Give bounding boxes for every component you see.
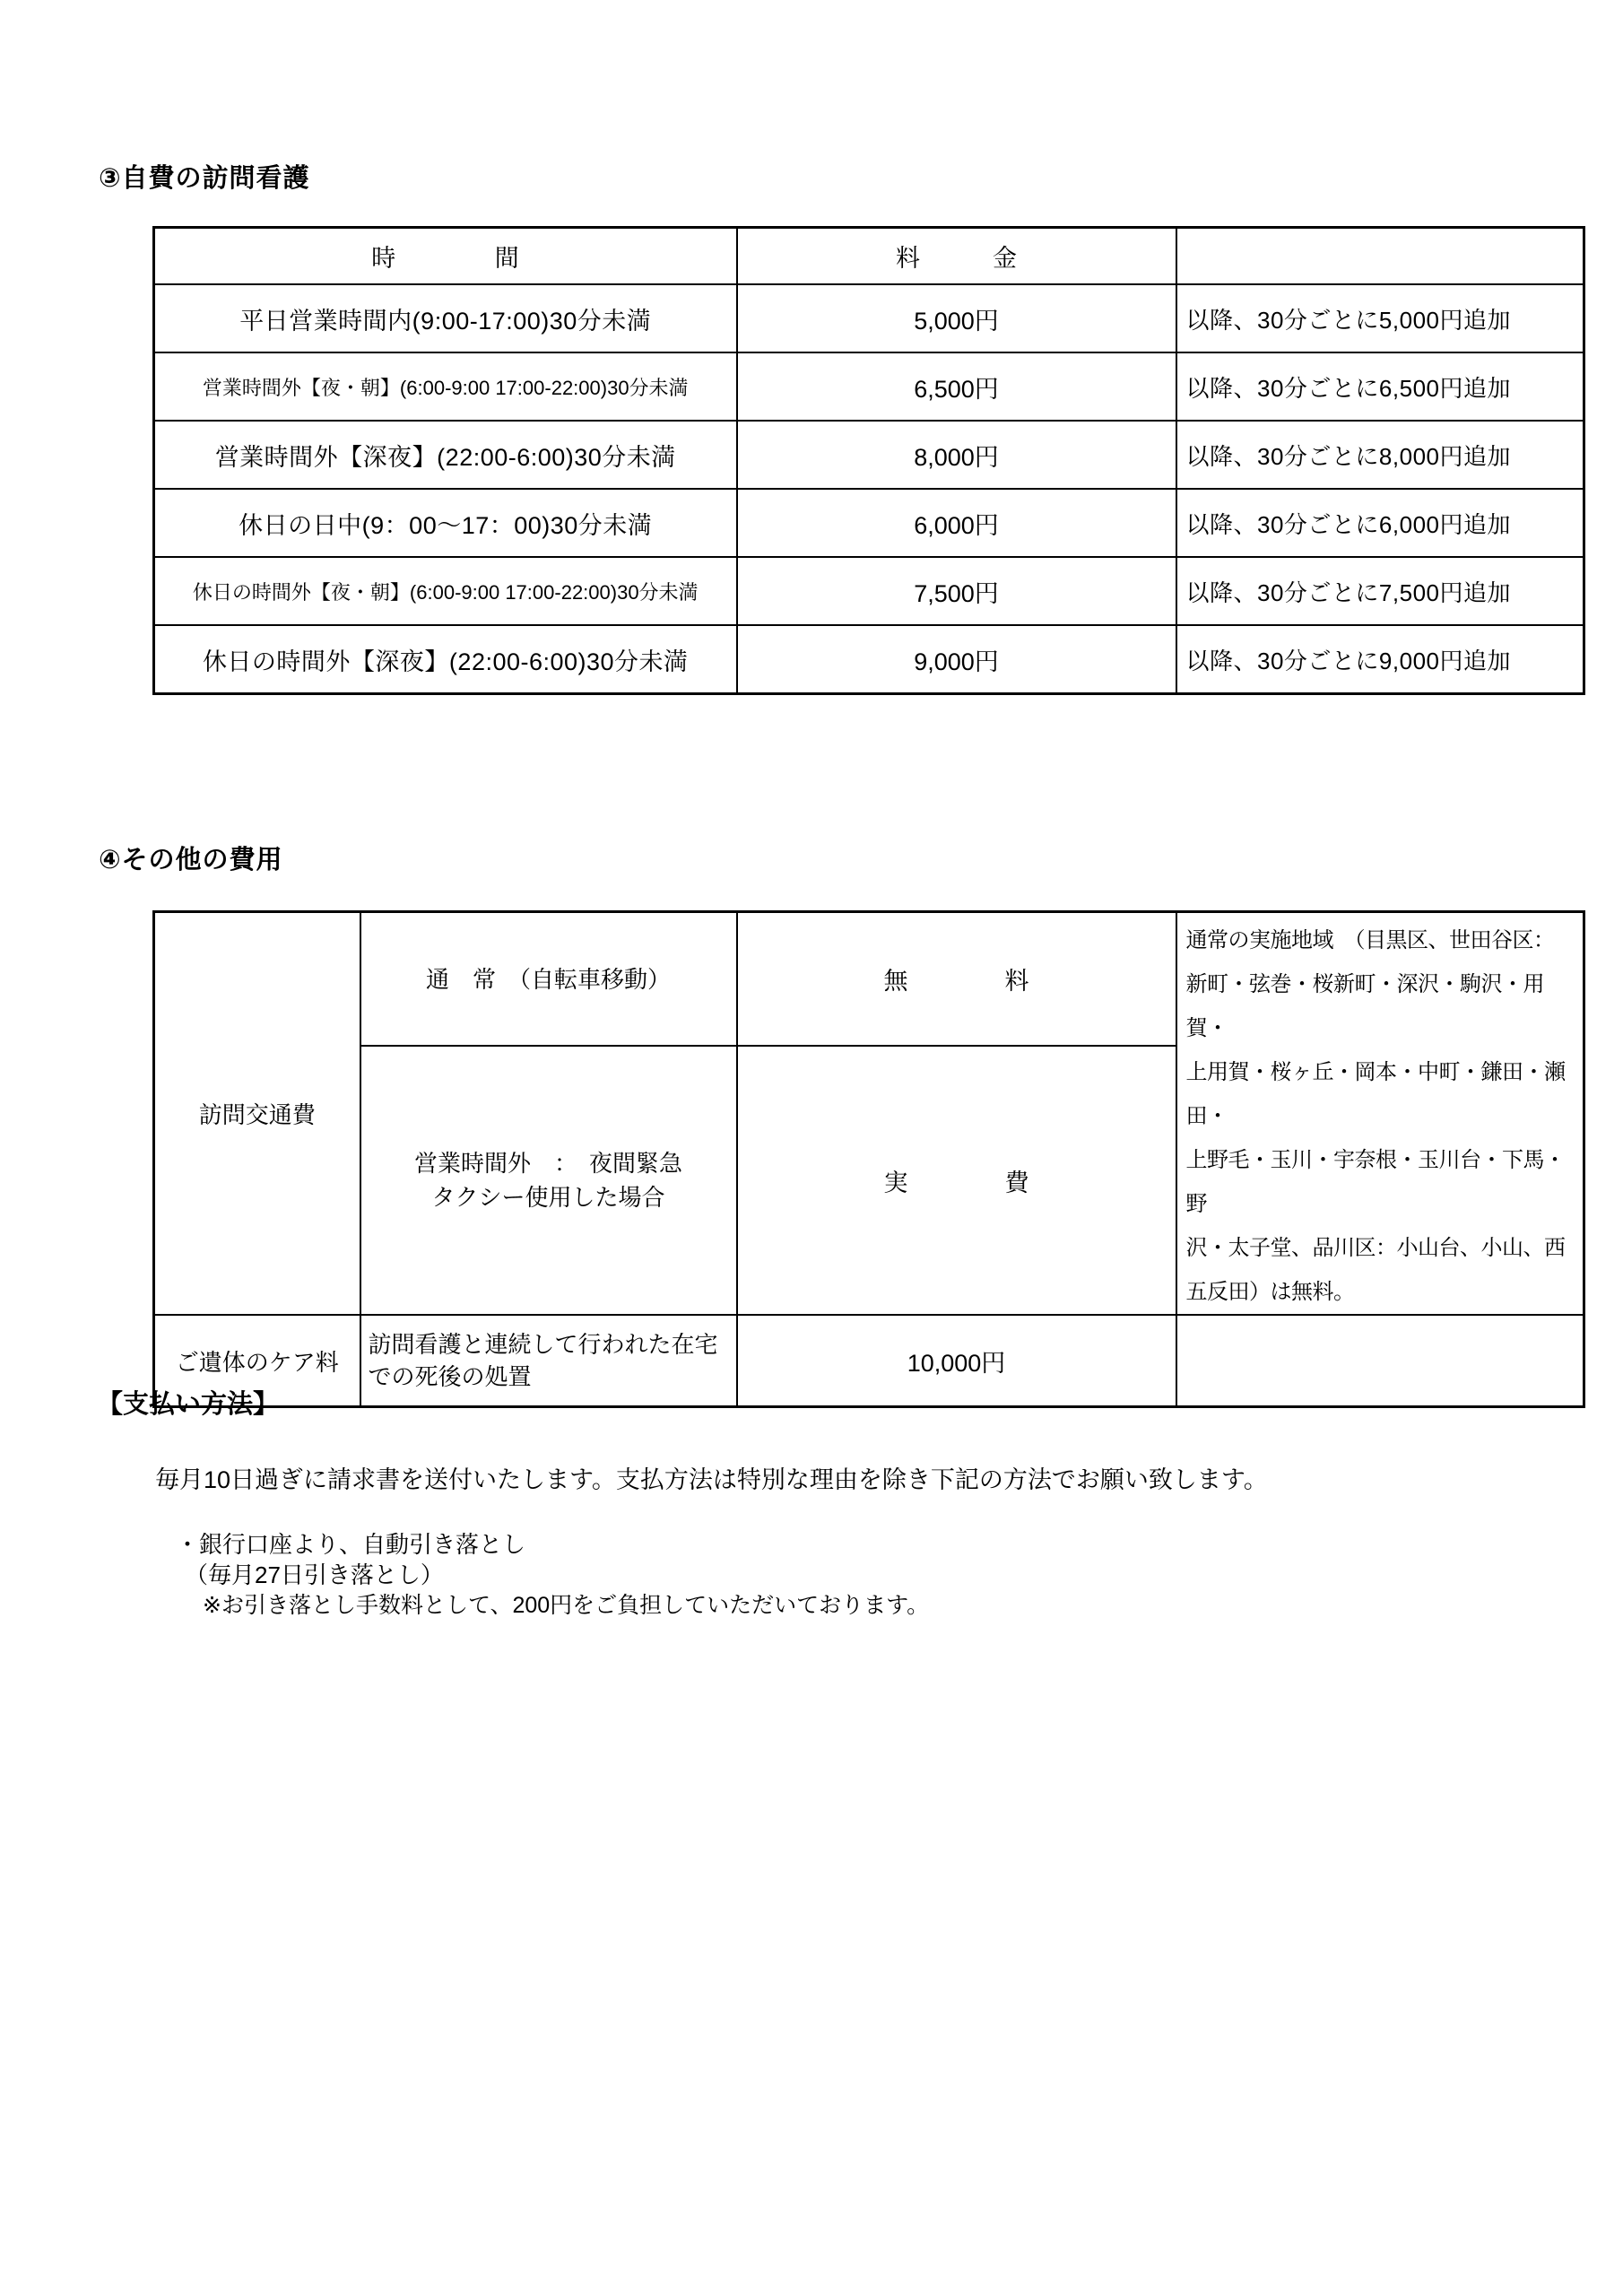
table-row: ご遺体のケア料 訪問看護と連続して行われた在宅での死後の処置 10,000円	[154, 1315, 1584, 1407]
payment-section-heading: 【支払い方法】	[97, 1384, 279, 1421]
table-row: 訪問交通費 通 常 （自転車移動） 無 料 通常の実施地域 （目黒区、世田谷区：…	[154, 912, 1584, 1047]
other-fees-table: 訪問交通費 通 常 （自転車移動） 無 料 通常の実施地域 （目黒区、世田谷区：…	[152, 910, 1585, 1408]
self-pay-section-heading: ③自費の訪問看護	[99, 158, 310, 195]
fee-cell: 6,500円	[737, 352, 1176, 421]
payment-fee-note: ※お引き落とし手数料として、200円をご負担していただいております。	[203, 1587, 929, 1620]
fee-cell: 7,500円	[737, 557, 1176, 625]
time-cell: 営業時間外【夜・朝】(6:00-9:00 17:00-22:00)30分未満	[154, 352, 737, 421]
table-row: 平日営業時間内(9:00-17:00)30分未満 5,000円 以降、30分ごと…	[154, 284, 1584, 352]
document-page: ③自費の訪問看護 時 間 料 金 平日営業時間内(9:00-17:00)30分未…	[0, 0, 1623, 2296]
table-row: 休日の時間外【深夜】(22:00-6:00)30分未満 9,000円 以降、30…	[154, 625, 1584, 694]
note-cell: 以降、30分ごとに8,000円追加	[1176, 421, 1584, 489]
note-cell: 以降、30分ごとに6,000円追加	[1176, 489, 1584, 557]
fee-cell: 8,000円	[737, 421, 1176, 489]
payment-method-bullet: ・銀行口座より、自動引き落とし	[176, 1526, 525, 1560]
note-cell: 以降、30分ごとに7,500円追加	[1176, 557, 1584, 625]
fee-cell: 5,000円	[737, 284, 1176, 352]
time-cell: 休日の時間外【夜・朝】(6:00-9:00 17:00-22:00)30分未満	[154, 557, 737, 625]
fee-cell: 9,000円	[737, 625, 1176, 694]
header-time: 時 間	[154, 228, 737, 285]
transport-normal-label: 通 常 （自転車移動）	[360, 912, 737, 1047]
body-care-note	[1176, 1315, 1584, 1407]
table-row: 休日の時間外【夜・朝】(6:00-9:00 17:00-22:00)30分未満 …	[154, 557, 1584, 625]
time-cell: 平日営業時間内(9:00-17:00)30分未満	[154, 284, 737, 352]
header-note	[1176, 228, 1584, 285]
table-row: 休日の日中(9：00～17：00)30分未満 6,000円 以降、30分ごとに6…	[154, 489, 1584, 557]
transport-emergency-fee: 実 費	[737, 1046, 1176, 1315]
fee-cell: 6,000円	[737, 489, 1176, 557]
table-row: 営業時間外【深夜】(22:00-6:00)30分未満 8,000円 以降、30分…	[154, 421, 1584, 489]
body-care-description: 訪問看護と連続して行われた在宅での死後の処置	[360, 1315, 737, 1407]
time-cell: 休日の時間外【深夜】(22:00-6:00)30分未満	[154, 625, 737, 694]
service-area-note: 通常の実施地域 （目黒区、世田谷区： 新町・弦巻・桜新町・深沢・駒沢・用賀・ 上…	[1176, 912, 1584, 1316]
transport-normal-fee: 無 料	[737, 912, 1176, 1047]
table-header-row: 時 間 料 金	[154, 228, 1584, 285]
body-care-fee: 10,000円	[737, 1315, 1176, 1407]
transport-emergency-label: 営業時間外 ： 夜間緊急 タクシー使用した場合	[360, 1046, 737, 1315]
payment-intro-text: 毎月10日過ぎに請求書を送付いたします。支払方法は特別な理由を除き下記の方法でお…	[155, 1460, 1268, 1495]
table-row: 営業時間外【夜・朝】(6:00-9:00 17:00-22:00)30分未満 6…	[154, 352, 1584, 421]
time-cell: 休日の日中(9：00～17：00)30分未満	[154, 489, 737, 557]
category-cell-transport: 訪問交通費	[154, 912, 360, 1316]
header-fee: 料 金	[737, 228, 1176, 285]
note-cell: 以降、30分ごとに5,000円追加	[1176, 284, 1584, 352]
note-cell: 以降、30分ごとに6,500円追加	[1176, 352, 1584, 421]
note-cell: 以降、30分ごとに9,000円追加	[1176, 625, 1584, 694]
payment-method-detail: （毎月27日引き落とし）	[185, 1557, 444, 1590]
self-pay-fee-table: 時 間 料 金 平日営業時間内(9:00-17:00)30分未満 5,000円 …	[152, 226, 1585, 695]
time-cell: 営業時間外【深夜】(22:00-6:00)30分未満	[154, 421, 737, 489]
other-fees-section-heading: ④その他の費用	[99, 839, 283, 876]
